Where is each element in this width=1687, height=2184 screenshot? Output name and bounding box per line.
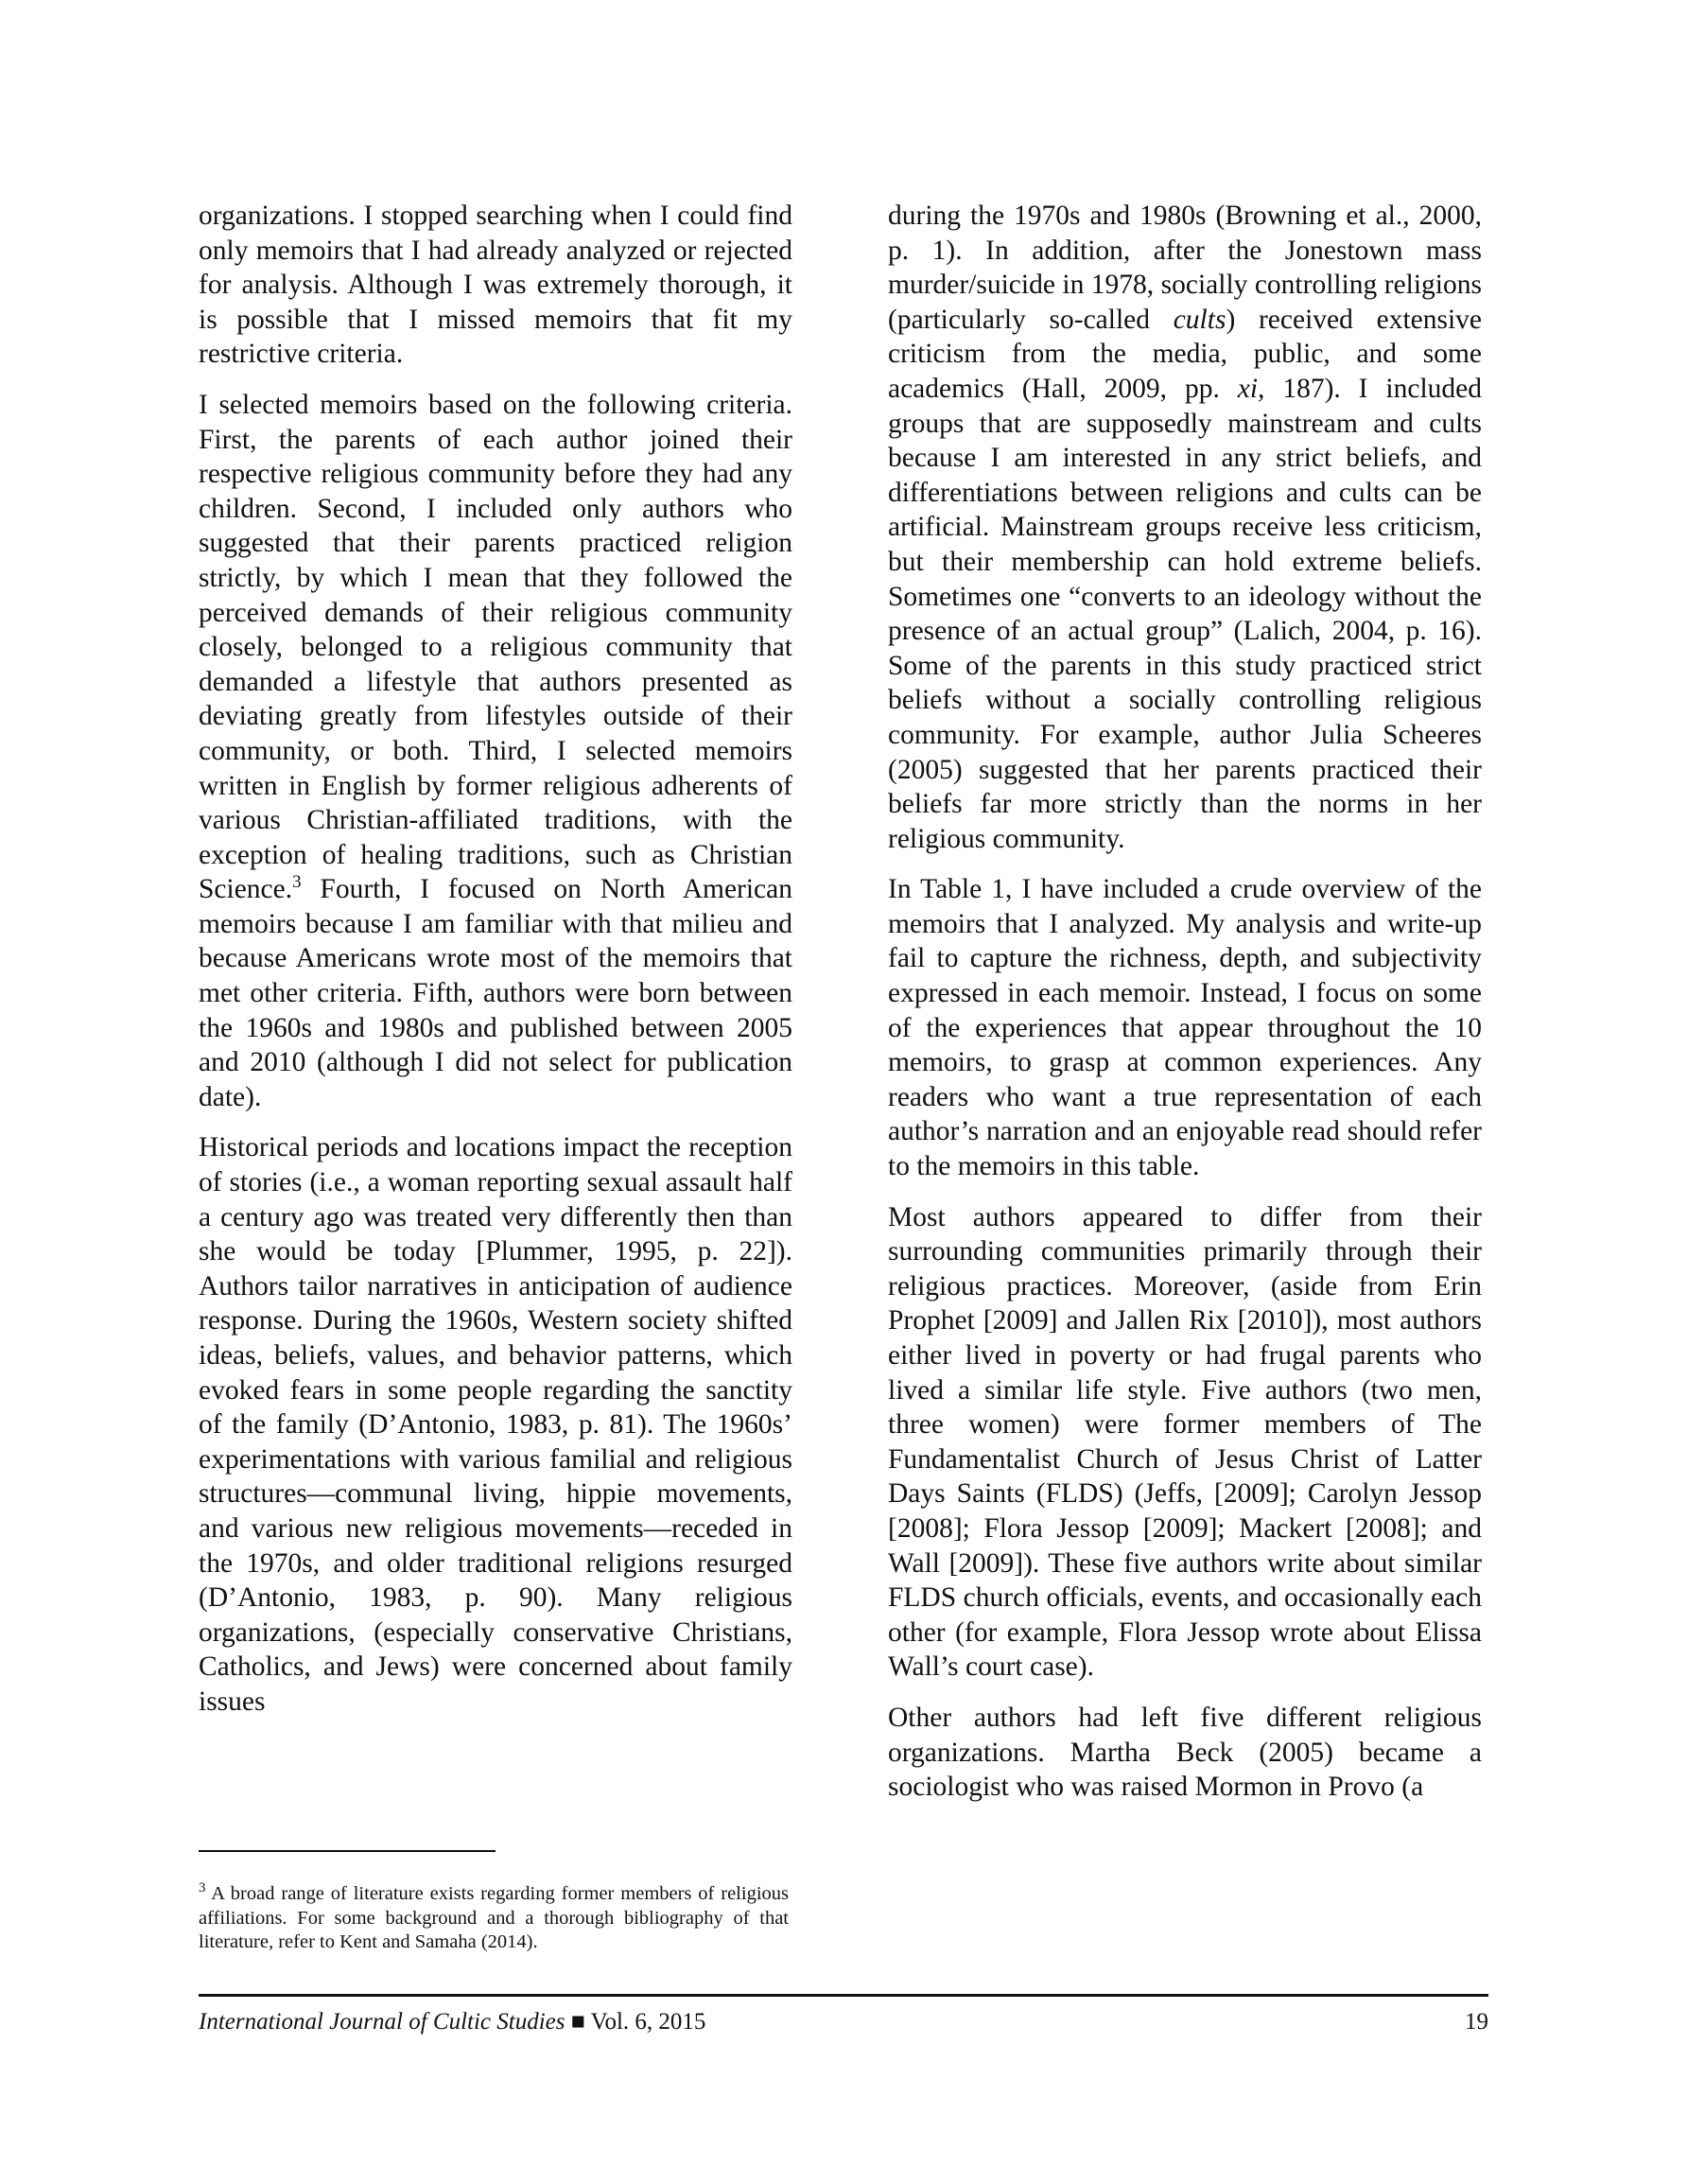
square-separator-icon: ■ bbox=[565, 2009, 590, 2035]
footnote-text: A broad range of literature exists regar… bbox=[199, 1883, 789, 1952]
paragraph-search-method: organizations. I stopped searching when … bbox=[199, 199, 792, 372]
italic-cults: cults bbox=[1174, 305, 1226, 335]
footnote: 3 A broad range of literature exists reg… bbox=[199, 1882, 789, 1955]
italic-xi: xi, bbox=[1238, 374, 1265, 404]
volume-info: Vol. 6, 2015 bbox=[591, 2009, 706, 2035]
paragraph-historical-periods: Historical periods and locations impact … bbox=[199, 1130, 792, 1719]
right-column: during the 1970s and 1980s (Browning et … bbox=[888, 199, 1482, 1805]
journal-title: International Journal of Cultic Studies bbox=[199, 2009, 565, 2035]
footer-rule bbox=[199, 1994, 1488, 1997]
paragraph-table-overview: In Table 1, I have included a crude over… bbox=[888, 872, 1482, 1183]
left-column: organizations. I stopped searching when … bbox=[199, 199, 792, 1720]
footnote-marker: 3 bbox=[199, 1880, 206, 1896]
page-footer: International Journal of Cultic Studies … bbox=[199, 2007, 1488, 2037]
criteria-text-continued: Fourth, I focused on North American memo… bbox=[199, 874, 792, 1112]
paragraph-selection-criteria: I selected memoirs based on the followin… bbox=[199, 388, 792, 1114]
criteria-text: I selected memoirs based on the followin… bbox=[199, 390, 792, 904]
text-span: 187). I included groups that are suppose… bbox=[888, 374, 1482, 854]
page-number: 19 bbox=[1465, 2007, 1488, 2037]
paragraph-socially-controlling: during the 1970s and 1980s (Browning et … bbox=[888, 199, 1482, 856]
paragraph-authors-differ: Most authors appeared to differ from the… bbox=[888, 1200, 1482, 1685]
paragraph-other-authors: Other authors had left five different re… bbox=[888, 1701, 1482, 1805]
footnote-reference[interactable]: 3 bbox=[292, 872, 302, 892]
footnote-separator bbox=[199, 1850, 496, 1852]
